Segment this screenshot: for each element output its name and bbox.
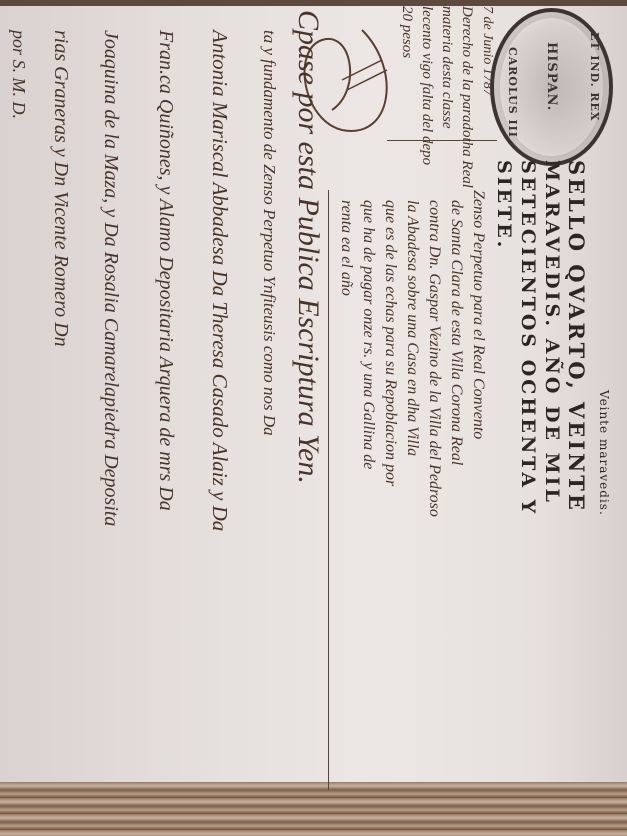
continuation-line: rias Graneras y Dn Vicente Romero Dn bbox=[49, 30, 72, 347]
continuation-line: Joaquina de la Maza, y Da Rosalia Camare… bbox=[99, 30, 122, 526]
continuation-line: por S. M. D. bbox=[8, 30, 29, 119]
stamp-header-line: MARAVEDIS. AÑO DE MIL bbox=[541, 160, 563, 505]
stamp-header-line: SIETE. bbox=[493, 160, 515, 250]
royal-seal-stamp: ET IND. REX HISPAN. CAROLUS III bbox=[490, 8, 613, 166]
margin-rule bbox=[387, 140, 497, 141]
continuation-line: Fran.ca Quiñones, y Alamo Depositaria Ar… bbox=[154, 30, 177, 511]
body-line: la Abadesa sobre una Casa en dha Villa bbox=[403, 200, 421, 456]
body-line: que ha de pagar onze rs. y una Gallina d… bbox=[359, 200, 377, 469]
stamp-header-line: SETECIENTOS OCHENTA Y bbox=[517, 160, 539, 516]
rotated-document-content: ET IND. REX HISPAN. CAROLUS III Veinte m… bbox=[0, 0, 627, 836]
margin-note-line: Derecho de la paradotha Real bbox=[458, 6, 475, 188]
body-underline-rule bbox=[328, 190, 329, 790]
stamp-value-small: Veinte maravedis. bbox=[597, 390, 611, 516]
seal-legend-fragment: ET IND. REX bbox=[588, 32, 601, 121]
stamp-header-line: SELLO QVARTO, VEINTE bbox=[564, 160, 589, 513]
body-line: Zenso Perpetuo para el Real Convento bbox=[469, 190, 487, 439]
continuation-line: ta y fundamento de Zenso Perpetuo Ynfite… bbox=[259, 30, 279, 436]
margin-note-line: lecento vigo falta del depo bbox=[418, 6, 435, 165]
seal-legend-fragment: HISPAN. bbox=[544, 42, 559, 111]
seal-legend-fragment: CAROLUS III bbox=[506, 47, 519, 138]
body-line: contra Dn. Gaspar Vezino de la Villa del… bbox=[425, 200, 443, 517]
body-line: de Santa Clara de esta Villa Corona Real bbox=[447, 200, 465, 465]
margin-date: 7 de Junio 1787 bbox=[479, 6, 495, 96]
margin-note-line: materia desta classe bbox=[438, 6, 455, 128]
deed-title-line: Cpase por esta Publica Escriptura Yen. bbox=[291, 10, 325, 484]
body-line: que es de las echas para su Repoblacion … bbox=[381, 200, 399, 486]
body-line: renta ea el año bbox=[337, 200, 355, 296]
continuation-line: Antonia Mariscal Abbadesa Da Theresa Cas… bbox=[207, 30, 232, 531]
